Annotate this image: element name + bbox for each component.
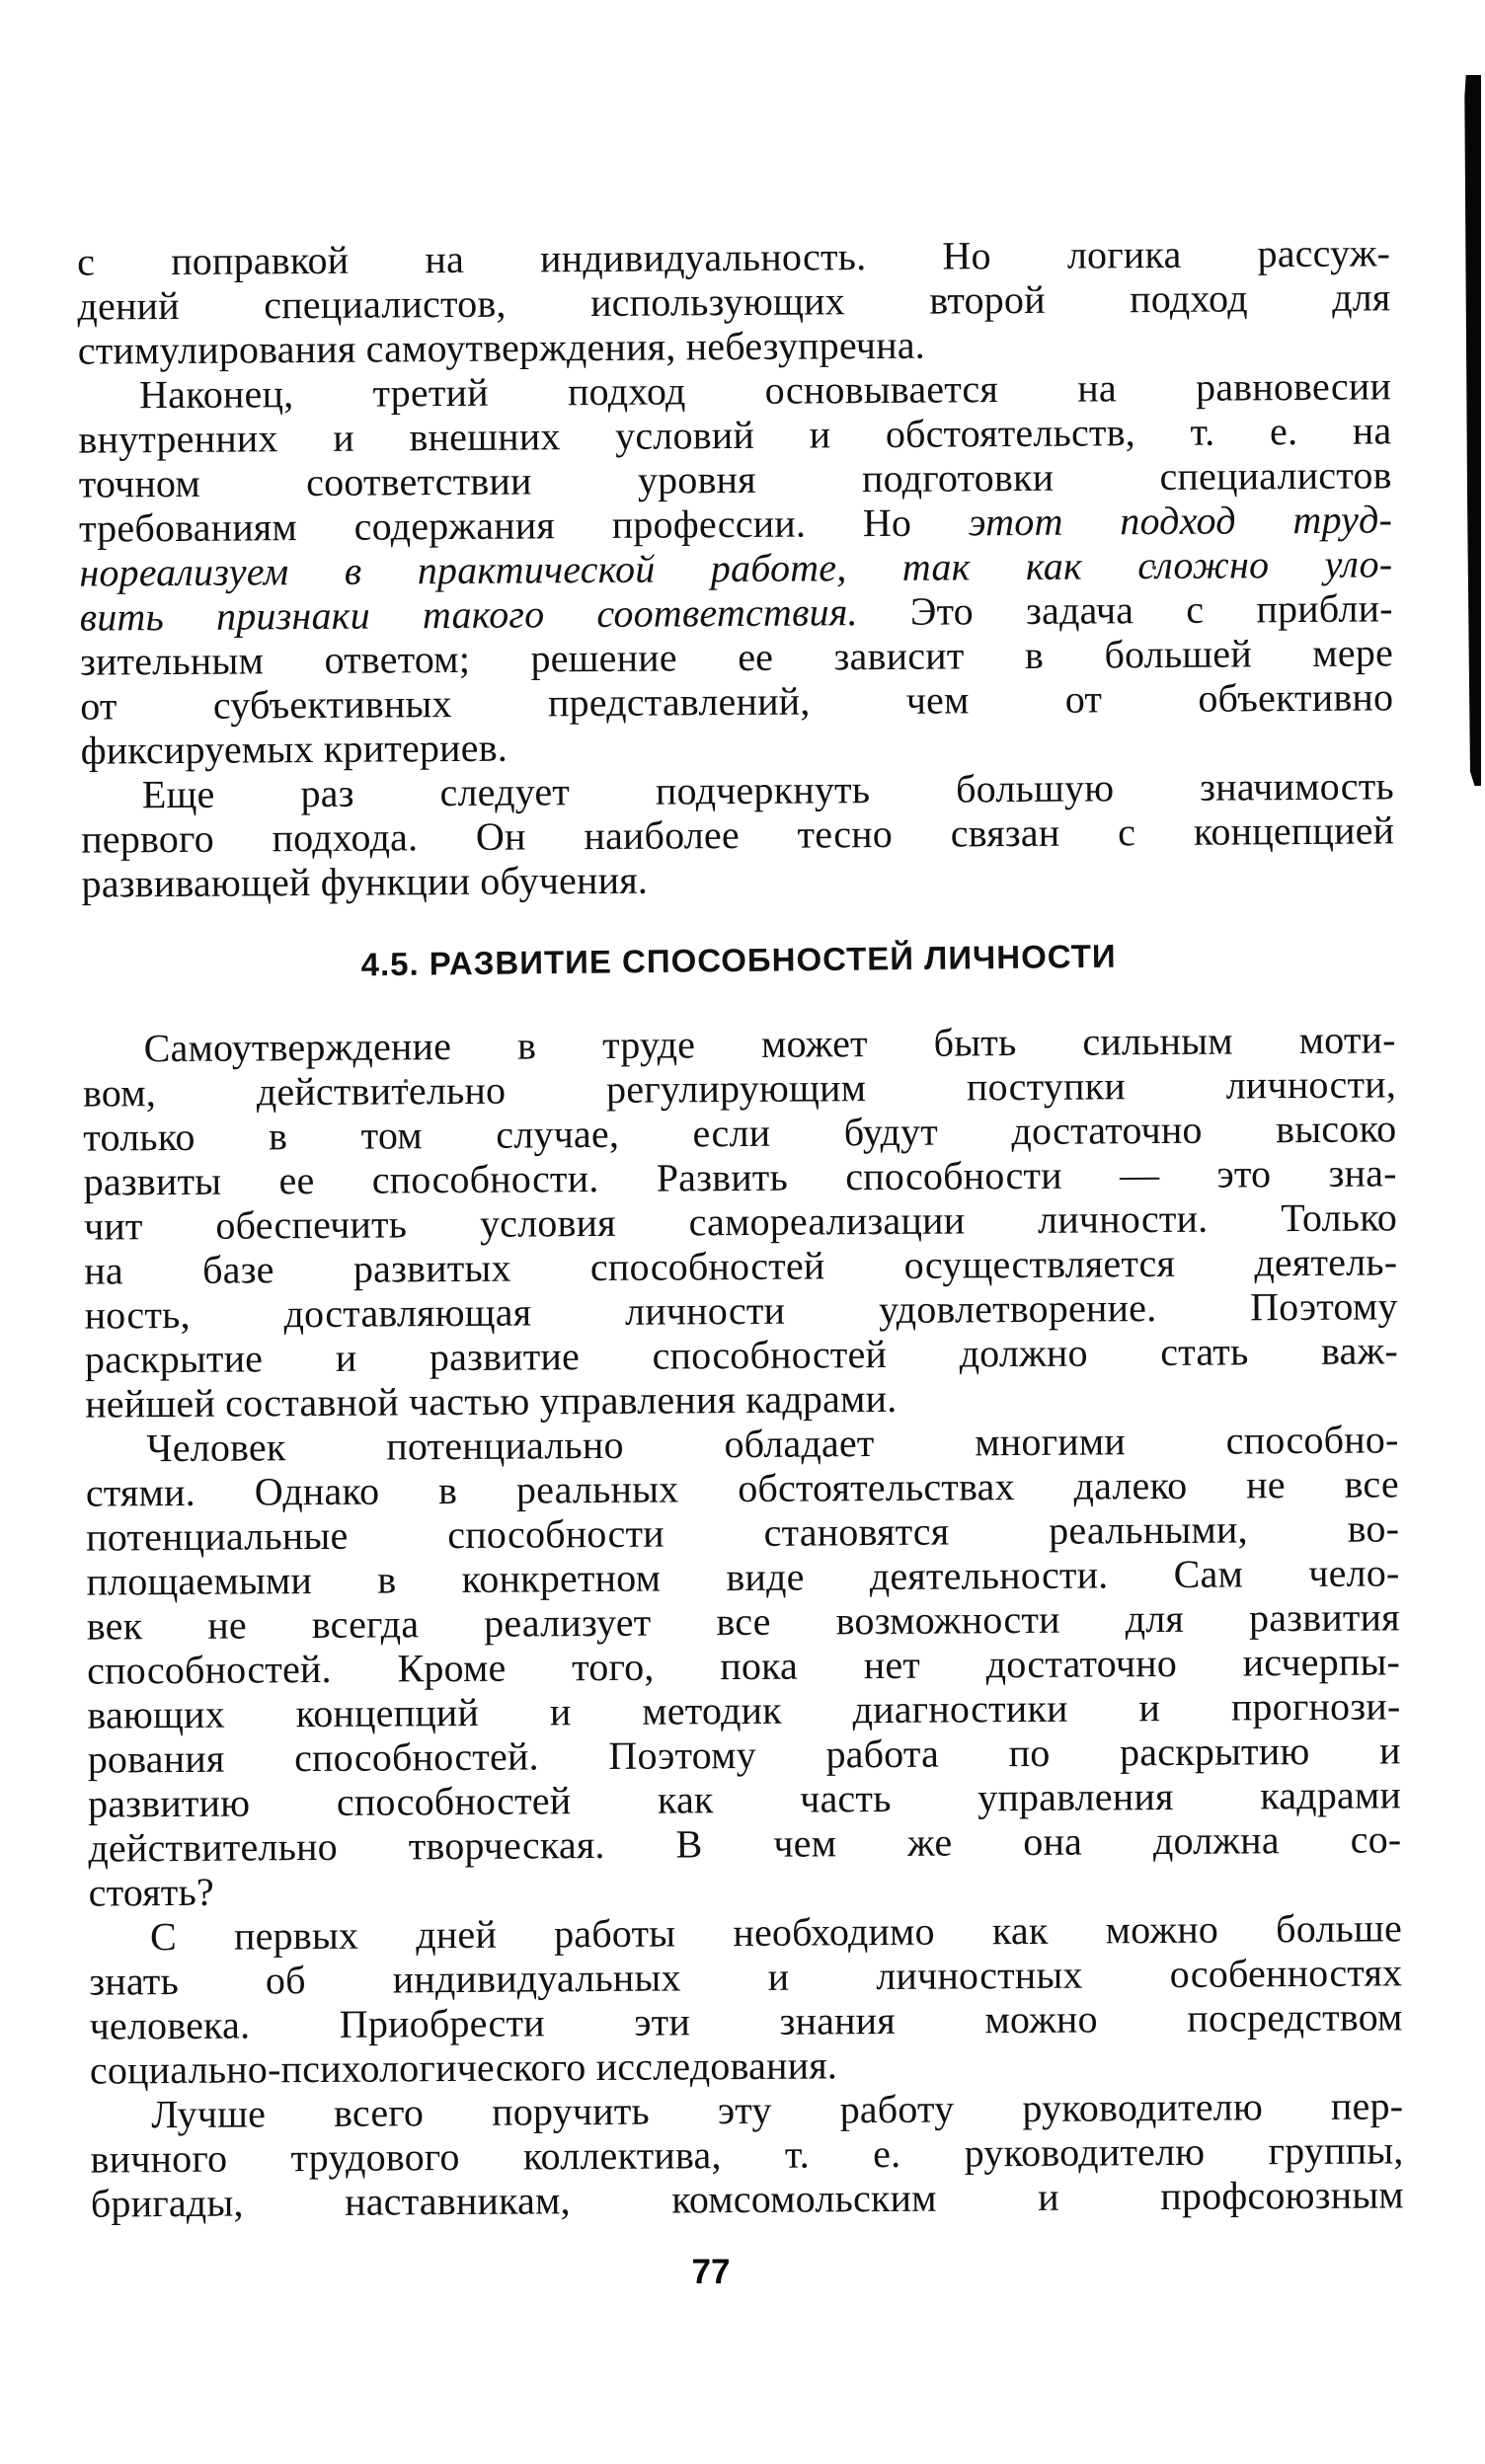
text-segment: требованиям содержания профессии. Но [79,500,969,550]
paragraph: с поправкой на индивидуальность. Но логи… [77,230,1391,372]
text-segment: стимулирования самоутверждения, небезупр… [78,323,925,373]
page-number: 77 [54,2253,1368,2292]
text-line: человека. Приобрести эти знания можно по… [89,1994,1402,2047]
text-line: действительно творческая. В чем же она д… [88,1816,1401,1870]
text-line: развивающей функции обучения. [81,852,1394,905]
paragraph: Наконец, третий подход основывается на р… [78,363,1394,772]
text-segment: действительно творческая. В чем же она д… [88,1816,1401,1870]
text-segment: дений специалистов, использующих второй … [77,274,1390,328]
text-segment: нейшей составной частью управления кадра… [85,1376,897,1426]
text-segment: бригады, наставникам, комсомольским и пр… [91,2172,1404,2225]
paragraph: Еще раз следует подчеркнуть большую знач… [81,763,1395,905]
text-segment: раскрытие и развитие способностей должно… [85,1328,1398,1381]
text-segment: развивающей функции обучения. [81,858,648,906]
paragraph: Лучше всего поручить эту работу руководи… [90,2083,1404,2225]
text-segment: человека. Приобрести эти знания можно по… [89,1994,1402,2047]
text-segment: стоять? [89,1870,215,1915]
scan-speck [1152,566,1156,570]
text-line: дений специалистов, использующих второй … [77,274,1390,328]
text-segment: фиксируемых критериев. [80,726,508,773]
text-line: от субъективных представлений, чем от об… [80,674,1393,728]
text-line: бригады, наставникам, комсомольским и пр… [91,2172,1404,2225]
text-segment: Это задача с прибли- [910,585,1393,633]
italic-text-segment: этот подход труд- [969,497,1392,544]
paragraph: С первых дней работы необходимо как можн… [89,1905,1403,2092]
paragraph: Человек потенциально обладает многими сп… [85,1417,1401,1914]
text-segment: социально-психологического исследования. [90,2042,837,2092]
body-text-bottom: Самоутверждение в труде может быть сильн… [83,1017,1404,2225]
scan-edge-artifact [1464,75,1481,786]
section-heading: 4.5. РАЗВИТИЕ СПОСОБНОСТЕЙ ЛИЧНОСТИ [82,931,1395,989]
italic-text-segment: вить признаки такого соответствия. [80,589,911,640]
paragraph: Самоутверждение в труде может быть сильн… [83,1017,1399,1425]
text-block: с поправкой на индивидуальность. Но логи… [77,230,1404,2225]
text-segment: от субъективных представлений, чем от об… [80,674,1393,728]
scan-speck [404,1079,408,1083]
text-segment: первого подхода. Он наиболее тесно связа… [81,808,1394,861]
text-line: первого подхода. Он наиболее тесно связа… [81,808,1394,861]
text-line: раскрытие и развитие способностей должно… [85,1328,1398,1381]
body-text-top: с поправкой на индивидуальность. Но логи… [77,230,1395,905]
scanned-book-page: с поправкой на индивидуальность. Но логи… [0,0,1485,2464]
